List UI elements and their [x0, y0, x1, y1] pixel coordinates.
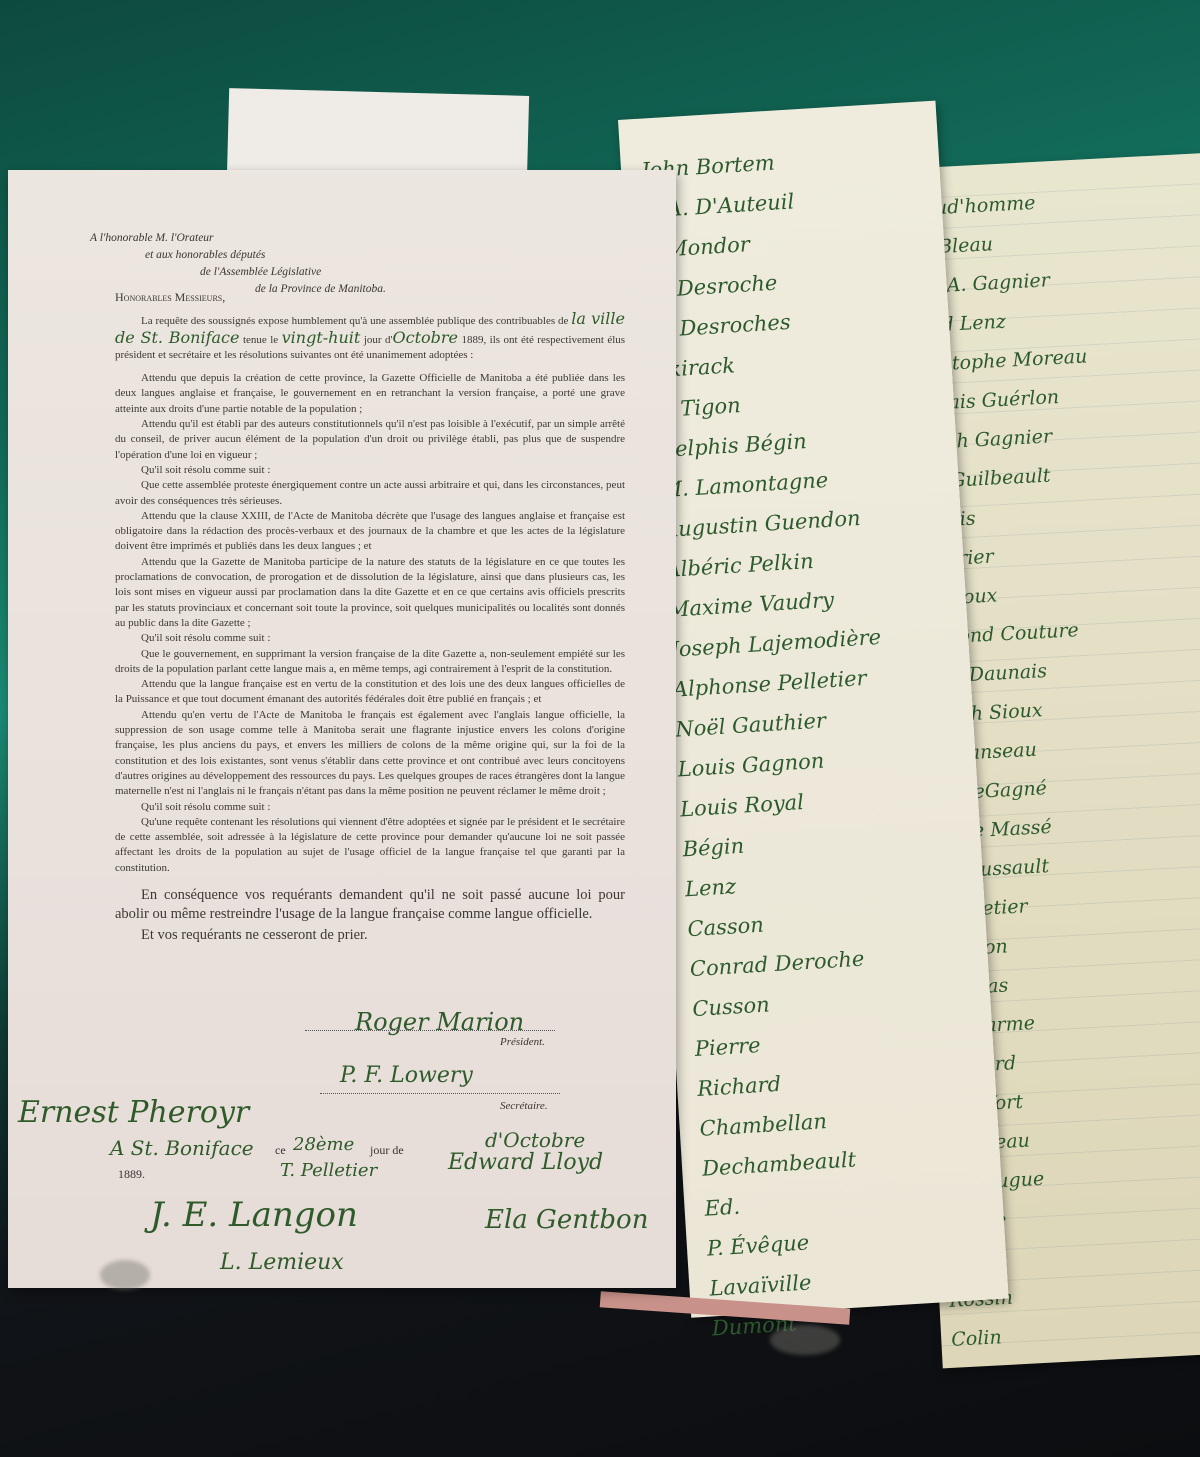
- president-signature: Roger Marion: [355, 1008, 524, 1036]
- closing-line: Et vos requérants ne cesseront de prier.: [115, 926, 625, 945]
- resolution-paragraph: Attendu que la Gazette de Manitoba parti…: [115, 555, 625, 631]
- resolution-paragraph: Que le gouvernement, en supprimant la ve…: [115, 647, 625, 678]
- resolution-paragraph: Qu'il soit résolu comme suit :: [115, 463, 625, 478]
- resolution-paragraph: Qu'il soit résolu comme suit :: [115, 800, 625, 815]
- signature: Edward Lloyd: [448, 1150, 603, 1175]
- handwritten-day: vingt-huit: [282, 328, 361, 347]
- signature-list-middle: John BortemP. A. D'AuteuilJ. MondorA. De…: [640, 146, 924, 1357]
- ink-stain: [770, 1325, 840, 1355]
- signature: J. E. Langon: [150, 1195, 358, 1235]
- president-signature-line: [305, 1030, 555, 1031]
- address-line: A l'honorable M. l'Orateur: [90, 230, 386, 247]
- resolution-paragraph: Qu'il soit résolu comme suit :: [115, 631, 625, 646]
- place-fill: A St. Boniface: [110, 1136, 254, 1160]
- opening-paragraph: La requête des soussignés expose humblem…: [115, 311, 625, 363]
- resolution-paragraph: Attendu que la clause XXIII, de l'Acte d…: [115, 509, 625, 555]
- president-label: Président.: [500, 1036, 545, 1048]
- resolutions: Attendu que depuis la création de cette …: [115, 371, 625, 876]
- signature: Ernest Pheroyr: [18, 1095, 249, 1130]
- resolution-paragraph: Attendu qu'il est établi par des auteurs…: [115, 417, 625, 463]
- salutation: Honorables Messieurs,: [115, 290, 625, 305]
- resolution-paragraph: Attendu que la langue française est en v…: [115, 677, 625, 708]
- handwritten-month: Octobre: [392, 328, 458, 347]
- signature: Ela Gentbon: [485, 1205, 648, 1235]
- resolution-paragraph: Que cette assemblée proteste énergiqueme…: [115, 478, 625, 509]
- resolution-paragraph: Attendu qu'en vertu de l'Acte de Manitob…: [115, 708, 625, 800]
- secretary-signature: P. F. Lowery: [340, 1063, 473, 1088]
- ink-stain: [100, 1260, 150, 1290]
- day-fill: 28ème: [293, 1134, 354, 1155]
- signature: Colin: [951, 1319, 1140, 1368]
- ce-label: ce: [275, 1143, 286, 1158]
- address-block: A l'honorable M. l'Orateur et aux honora…: [90, 230, 386, 298]
- resolution-paragraph: Attendu que depuis la création de cette …: [115, 371, 625, 417]
- secretary-label: Secrétaire.: [500, 1100, 548, 1112]
- address-line: de l'Assemblée Législative: [90, 264, 386, 281]
- address-line: et aux honorables députés: [90, 247, 386, 264]
- signature: L. Lemieux: [220, 1250, 344, 1275]
- conclusion-paragraph: En conséquence vos requérants demandent …: [115, 886, 625, 924]
- petition-body: Honorables Messieurs, La requête des sou…: [115, 290, 625, 945]
- secretary-signature-line: [320, 1093, 560, 1094]
- resolution-paragraph: Qu'une requête contenant les résolutions…: [115, 815, 625, 876]
- year-label: 1889.: [118, 1167, 145, 1182]
- month-fill: d'Octobre: [485, 1128, 585, 1152]
- jour-de-label: jour de: [370, 1143, 404, 1158]
- signature: T. Pelletier: [280, 1160, 377, 1181]
